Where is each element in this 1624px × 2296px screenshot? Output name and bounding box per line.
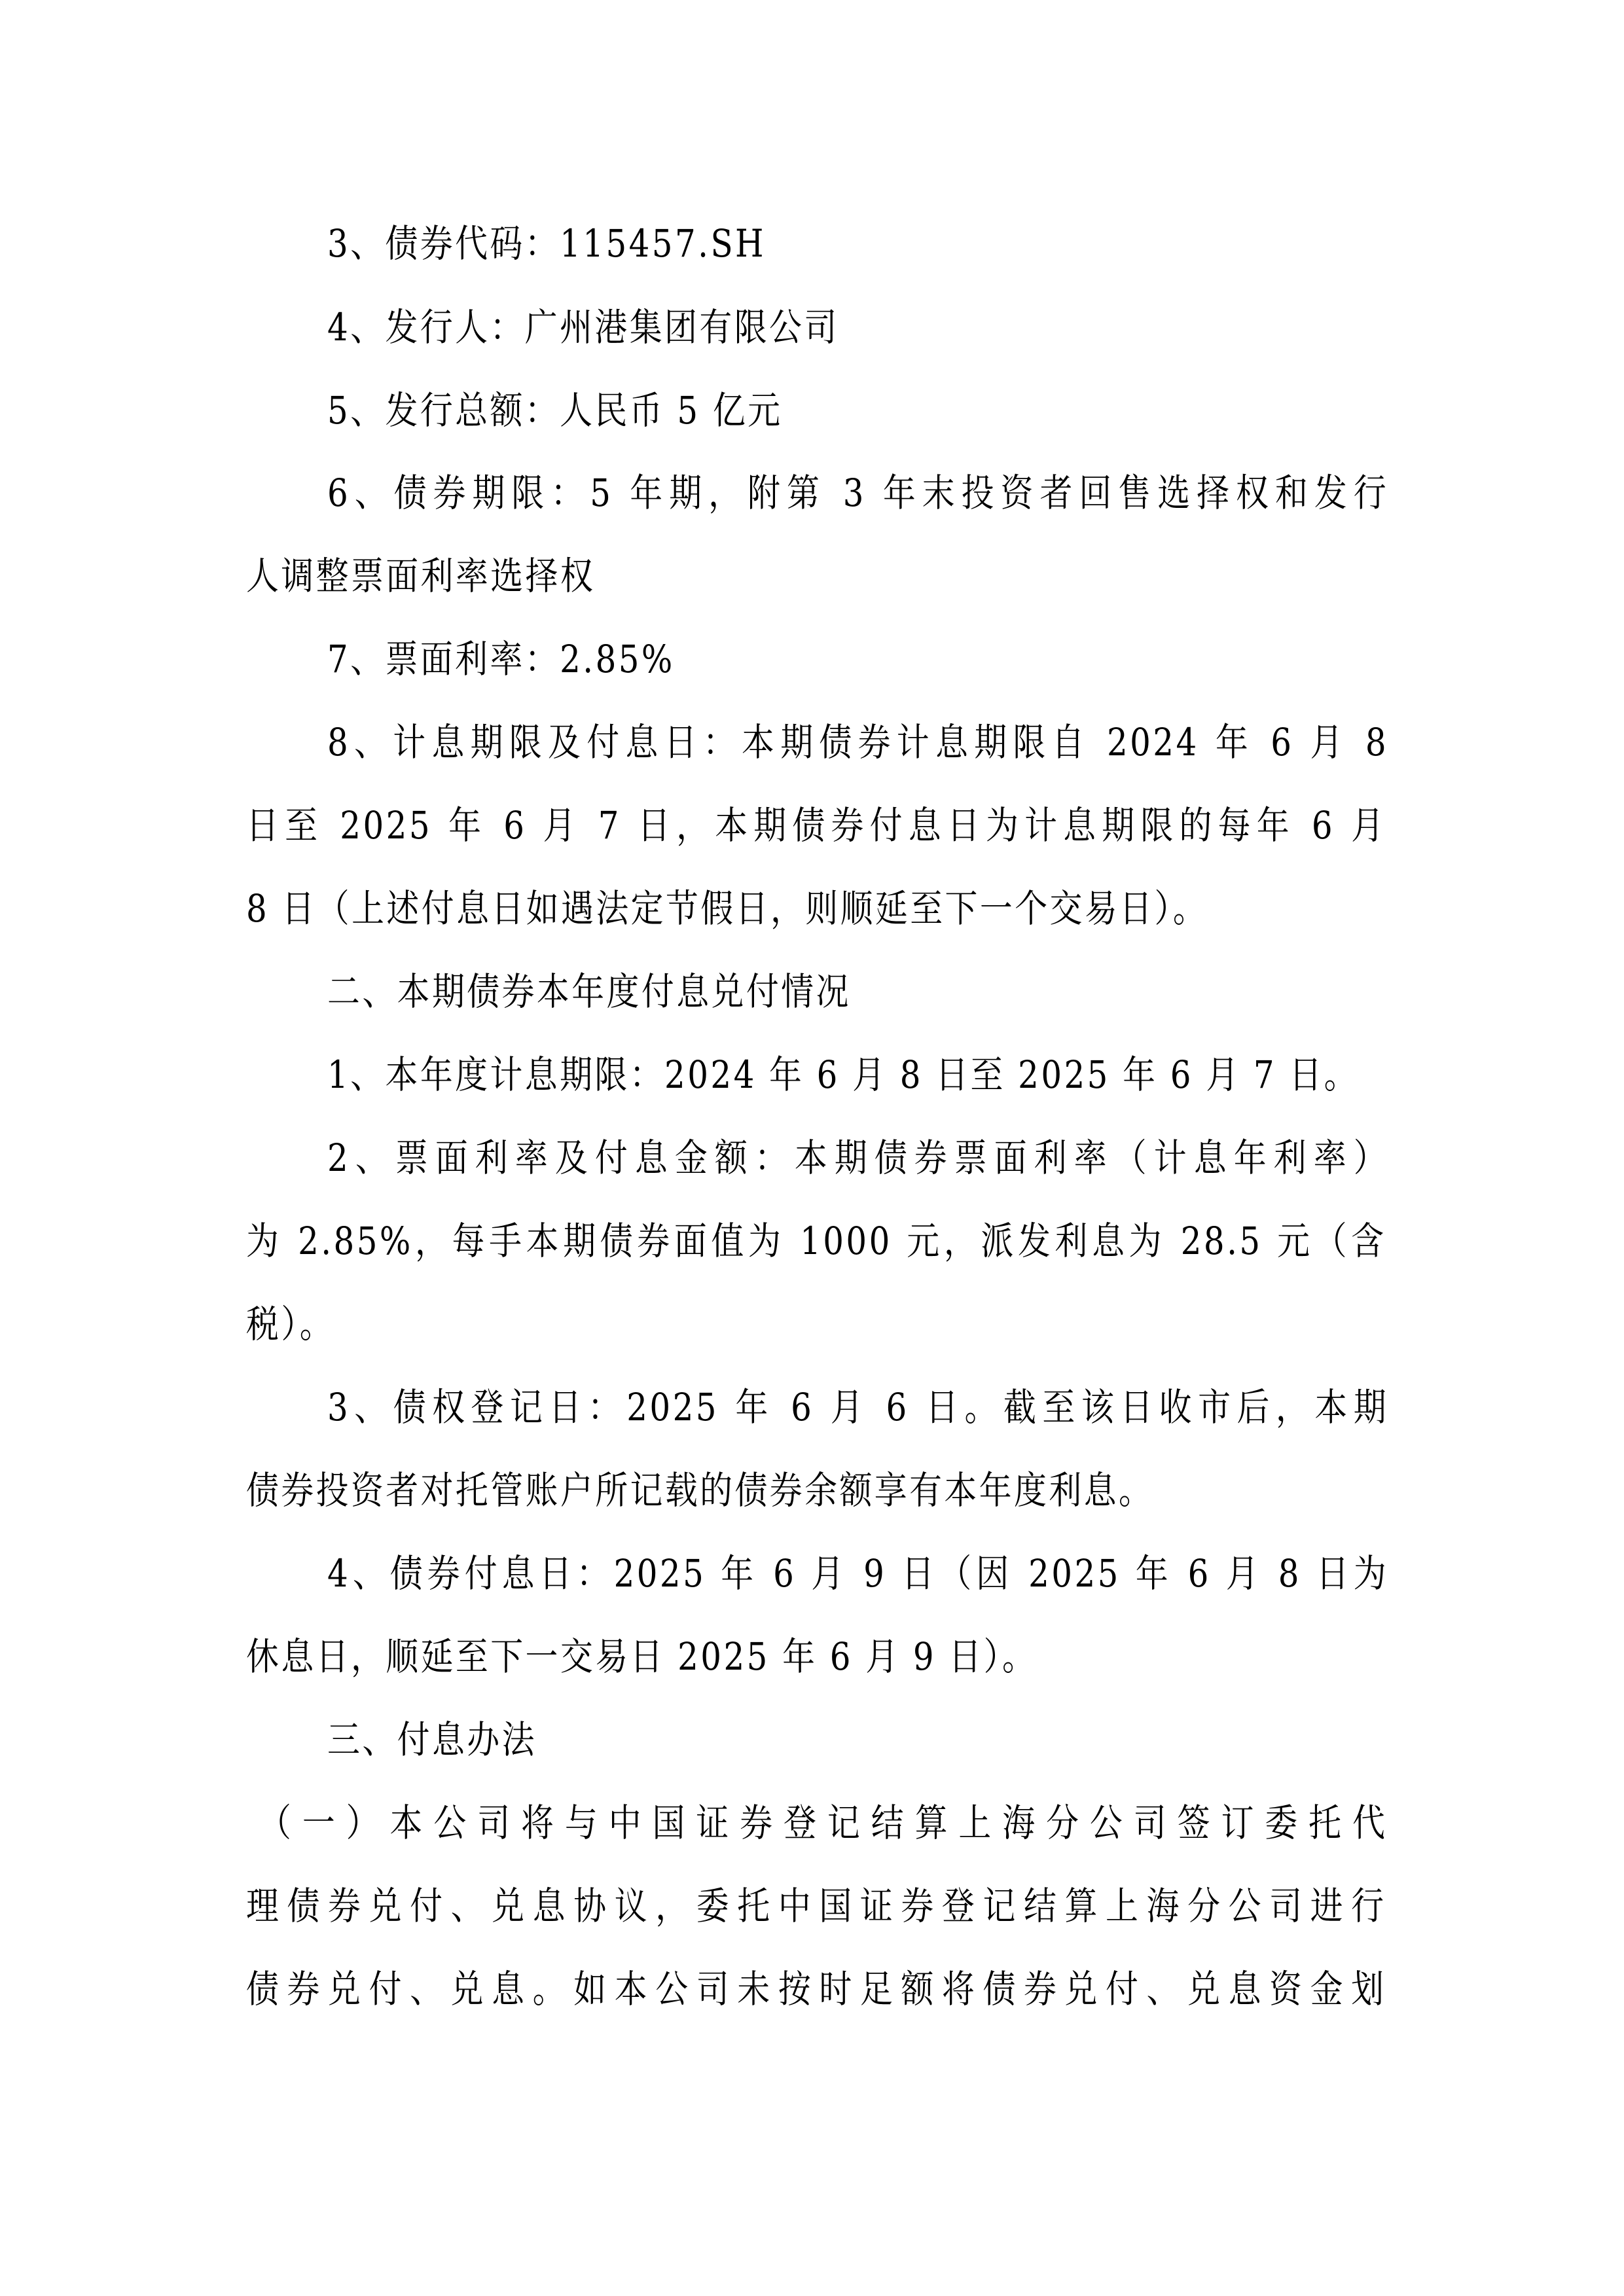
current-period-line: 1、本年度计息期限：2024 年 6 月 8 日至 2025 年 6 月 7 日… [327, 1042, 1307, 1107]
coupon-amount-line-cont1: 为 2.85%，每手本期债券面值为 1000 元，派发利息为 28.5 元（含 [246, 1208, 1386, 1274]
interest-period-line-cont2: 8 日（上述付息日如遇法定节假日，则顺延至下一个交易日）。 [246, 876, 1225, 941]
coupon-amount-line: 2、票面利率及付息金额：本期债券票面利率（计息年利率） [327, 1125, 1388, 1191]
record-date-line: 3、债权登记日：2025 年 6 月 6 日。截至该日收市后，本期 [327, 1374, 1388, 1440]
payment-method-line-cont1: 理债券兑付、兑息协议，委托中国证券登记结算上海分公司进行 [246, 1873, 1386, 1939]
payment-date-line-cont: 休息日，顺延至下一交易日 2025 年 6 月 9 日）。 [246, 1624, 1225, 1689]
record-date-line-cont: 债券投资者对托管账户所记载的债券余额享有本年度利息。 [246, 1458, 1225, 1523]
payment-method-line: （一）本公司将与中国证券登记结算上海分公司签订委托代 [259, 1790, 1387, 1856]
document-page: 3、债券代码：115457.SH 4、发行人：广州港集团有限公司 5、发行总额：… [0, 0, 1624, 2296]
coupon-amount-line-cont2: 税）。 [246, 1291, 1225, 1357]
bond-term-line-cont: 人调整票面利率选择权 [246, 543, 1225, 609]
payment-date-line: 4、债券付息日：2025 年 6 月 9 日（因 2025 年 6 月 8 日为 [327, 1541, 1388, 1606]
section-heading-2: 二、本期债券本年度付息兑付情况 [327, 959, 1307, 1024]
interest-period-line: 8、计息期限及付息日：本期债券计息期限自 2024 年 6 月 8 [327, 709, 1388, 775]
coupon-rate-line: 7、票面利率：2.85% [327, 626, 1307, 692]
issuer-line: 4、发行人：广州港集团有限公司 [327, 295, 1307, 360]
section-heading-3: 三、付息办法 [327, 1707, 1307, 1772]
bond-code-line: 3、债券代码：115457.SH [327, 211, 1307, 276]
bond-term-line: 6、债券期限：5 年期，附第 3 年末投资者回售选择权和发行 [327, 460, 1388, 526]
payment-method-line-cont2: 债券兑付、兑息。如本公司未按时足额将债券兑付、兑息资金划 [246, 1956, 1386, 2022]
interest-period-line-cont1: 日至 2025 年 6 月 7 日，本期债券付息日为计息期限的每年 6 月 [246, 793, 1386, 858]
issue-amount-line: 5、发行总额：人民币 5 亿元 [327, 378, 1307, 443]
